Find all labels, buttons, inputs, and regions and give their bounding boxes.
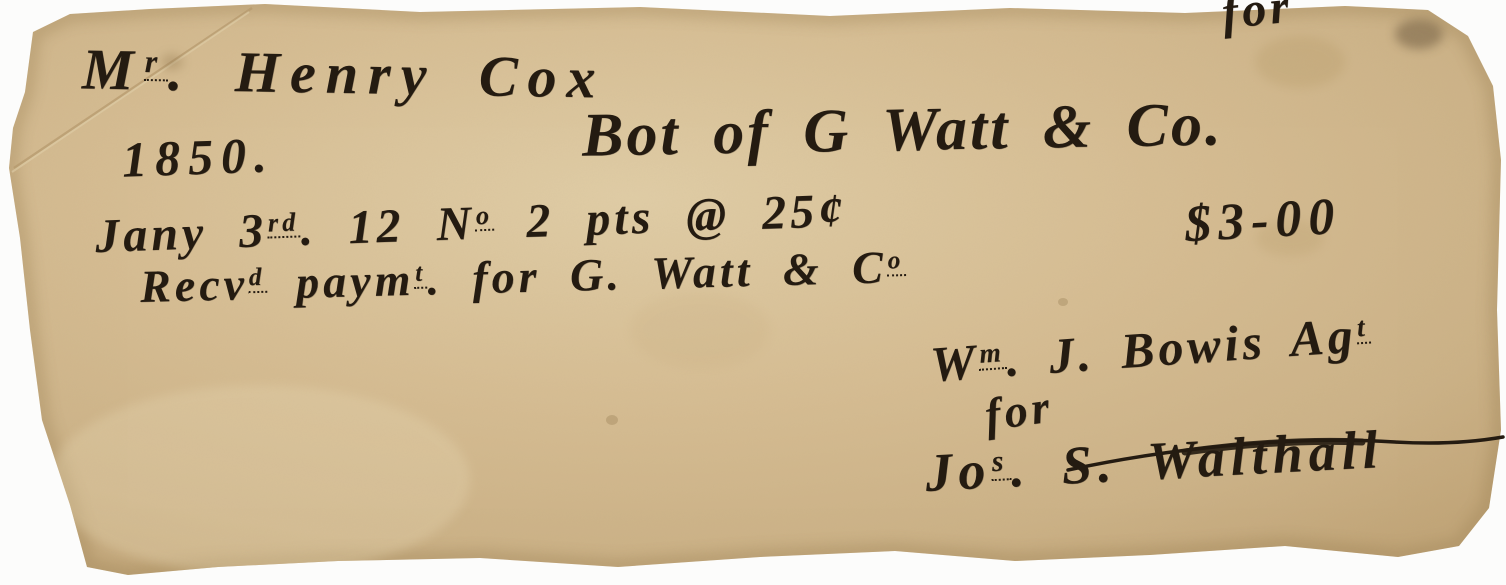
receipt-scan: for Mr. Henry Cox 1850. Bot of G Watt & … [0,0,1506,585]
year-line: 1850. [121,127,275,187]
addressee-line: Mr. Henry Cox [81,37,606,110]
amount-value: $3-00 [1184,188,1343,253]
bought-of-line: Bot of G Watt & Co. [581,90,1224,169]
for-word: for [982,381,1057,441]
